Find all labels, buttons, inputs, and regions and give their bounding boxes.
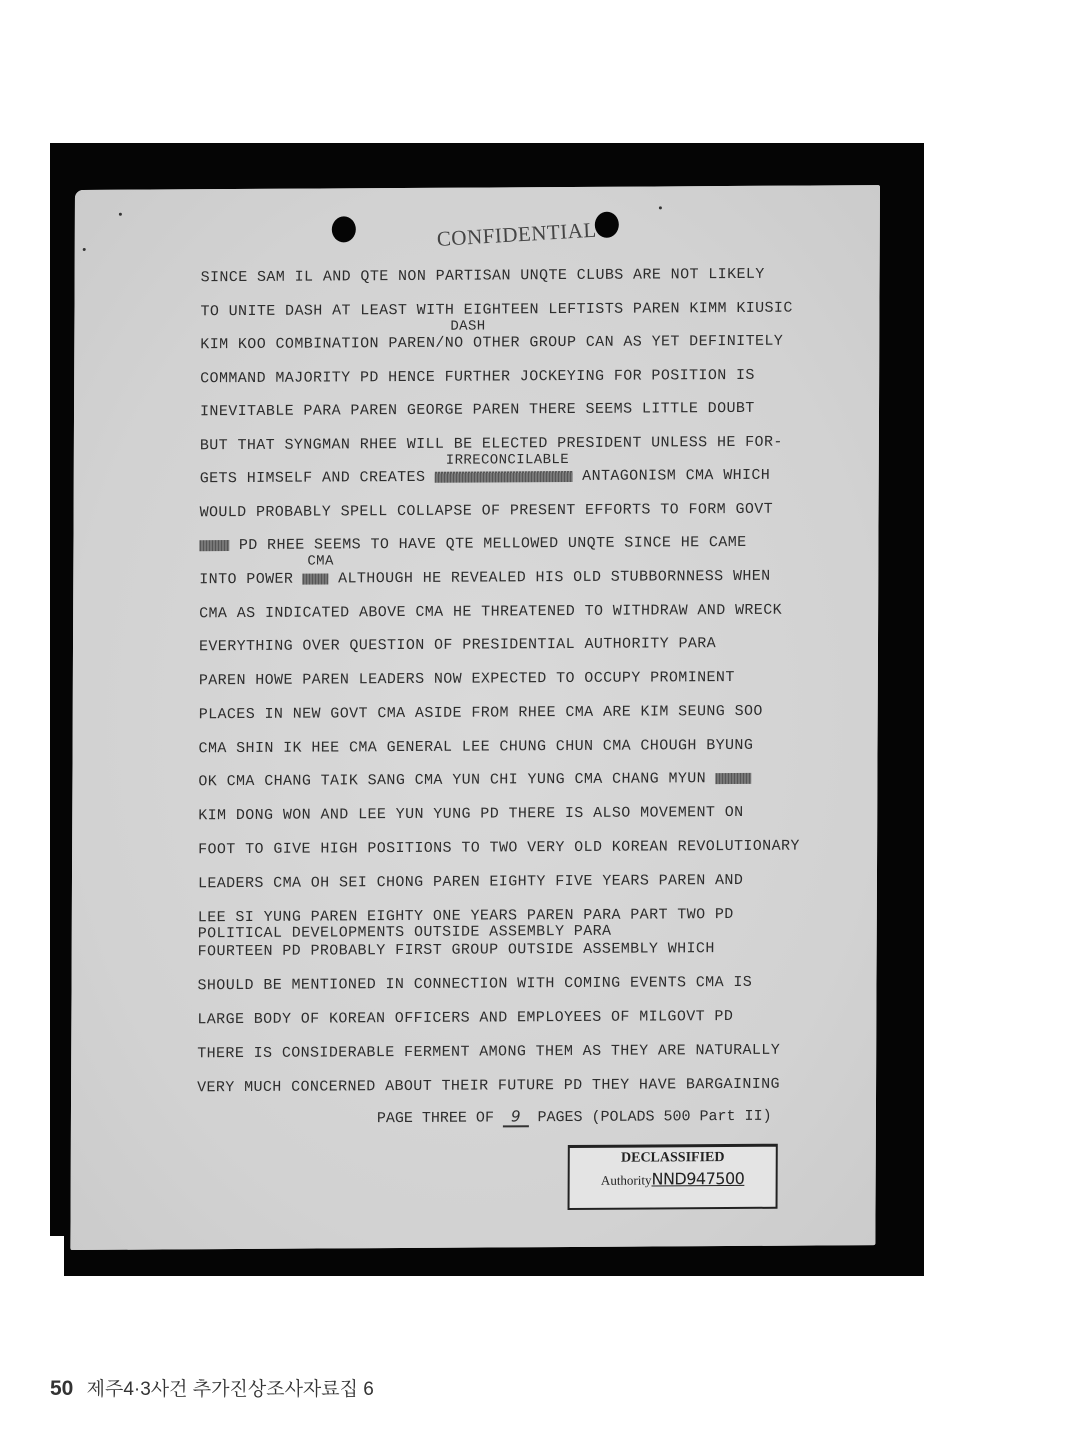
struck-out-text (199, 540, 229, 551)
struck-out-text (303, 573, 329, 584)
punch-hole-icon (595, 212, 619, 238)
insertion-cma: CMA (307, 553, 333, 569)
text-line: SINCE SAM IL AND QTE NON PARTISAN UNQTE … (201, 266, 765, 286)
text-segment: PD RHEE SEEMS TO HAVE QTE MELLOWED UNQTE… (239, 534, 747, 554)
page-count-line: PAGE THREE OF 9 PAGES (POLADS 500 Part I… (377, 1106, 772, 1127)
speck-mark (119, 213, 122, 216)
text-segment: INTO POWER (199, 571, 293, 589)
text-line: PD RHEE SEEMS TO HAVE QTE MELLOWED UNQTE… (199, 534, 746, 554)
text-line: GETS HIMSELF AND CREATES ANTAGONISM CMA … (200, 467, 771, 487)
frame-notch (50, 1236, 64, 1276)
page-count-prefix: PAGE THREE OF (377, 1109, 494, 1127)
document-page: CONFIDENTIAL SINCE SAM IL AND QTE NON PA… (70, 185, 880, 1250)
text-segment: ALTHOUGH HE REVEALED HIS OLD STUBBORNNES… (338, 568, 771, 588)
declassified-stamp: DECLASSIFIED AuthorityNND947500 (568, 1144, 778, 1210)
page-count-suffix: PAGES (POLADS 500 Part II) (538, 1108, 772, 1126)
text-line: KIM DONG WON AND LEE YUN YUNG PD THERE I… (198, 804, 743, 824)
authority-label: Authority (601, 1172, 652, 1187)
text-segment: GETS HIMSELF AND CREATES (200, 469, 426, 487)
page-number: 50 (50, 1377, 73, 1400)
text-line: FOURTEEN PD PROBABLY FIRST GROUP OUTSIDE… (198, 940, 715, 960)
text-line: INEVITABLE PARA PAREN GEORGE PAREN THERE… (200, 400, 755, 420)
text-line: TO UNITE DASH AT LEAST WITH EIGHTEEN LEF… (200, 300, 792, 321)
book-page-footer: 50 제주4·3사건 추가진상조사자료집 6 (50, 1374, 374, 1401)
text-line: SHOULD BE MENTIONED IN CONNECTION WITH C… (197, 974, 752, 994)
struck-out-text (715, 772, 751, 783)
declassified-title: DECLASSIFIED (570, 1150, 776, 1167)
text-line: PAREN HOWE PAREN LEADERS NOW EXPECTED TO… (199, 669, 735, 689)
text-line: CMA AS INDICATED ABOVE CMA HE THREATENED… (199, 602, 782, 623)
text-line: VERY MUCH CONCERNED ABOUT THEIR FUTURE P… (197, 1076, 780, 1097)
punch-hole-icon (332, 216, 356, 242)
speck-mark (659, 206, 662, 209)
text-line: CMA SHIN IK HEE CMA GENERAL LEE CHUNG CH… (199, 737, 754, 757)
struck-out-text (435, 470, 573, 482)
text-line: KIM KOO COMBINATION PAREN/NO OTHER GROUP… (200, 333, 783, 354)
declassified-authority: AuthorityNND947500 (570, 1169, 776, 1189)
text-line: COMMAND MAJORITY PD HENCE FURTHER JOCKEY… (200, 367, 755, 387)
text-line: EVERYTHING OVER QUESTION OF PRESIDENTIAL… (199, 635, 716, 655)
text-line: LEADERS CMA OH SEI CHONG PAREN EIGHTY FI… (198, 872, 743, 892)
book-title: 제주4·3사건 추가진상조사자료집 6 (87, 1379, 374, 1400)
handwritten-page-total: 9 (503, 1107, 529, 1127)
text-line: BUT THAT SYNGMAN RHEE WILL BE ELECTED PR… (200, 434, 783, 455)
text-line: POLITICAL DEVELOPMENTS OUTSIDE ASSEMBLY … (198, 923, 612, 943)
text-line: OK CMA CHANG TAIK SANG CMA YUN CHI YUNG … (198, 770, 751, 790)
text-line: WOULD PROBABLY SPELL COLLAPSE OF PRESENT… (200, 501, 774, 522)
text-line: INTO POWER ALTHOUGH HE REVEALED HIS OLD … (199, 568, 770, 588)
text-line: THERE IS CONSIDERABLE FERMENT AMONG THEM… (197, 1042, 780, 1063)
insertion-dash: DASH (450, 318, 485, 334)
text-segment: ANTAGONISM CMA WHICH (582, 467, 770, 485)
insertion-irreconcilable: IRRECONCILABLE (446, 452, 569, 469)
authority-value: NND947500 (651, 1169, 744, 1189)
text-line: LARGE BODY OF KOREAN OFFICERS AND EMPLOY… (197, 1008, 733, 1028)
speck-mark (83, 248, 86, 251)
text-segment: OK CMA CHANG TAIK SANG CMA YUN CHI YUNG … (198, 770, 706, 790)
text-line: PLACES IN NEW GOVT CMA ASIDE FROM RHEE C… (199, 703, 763, 723)
